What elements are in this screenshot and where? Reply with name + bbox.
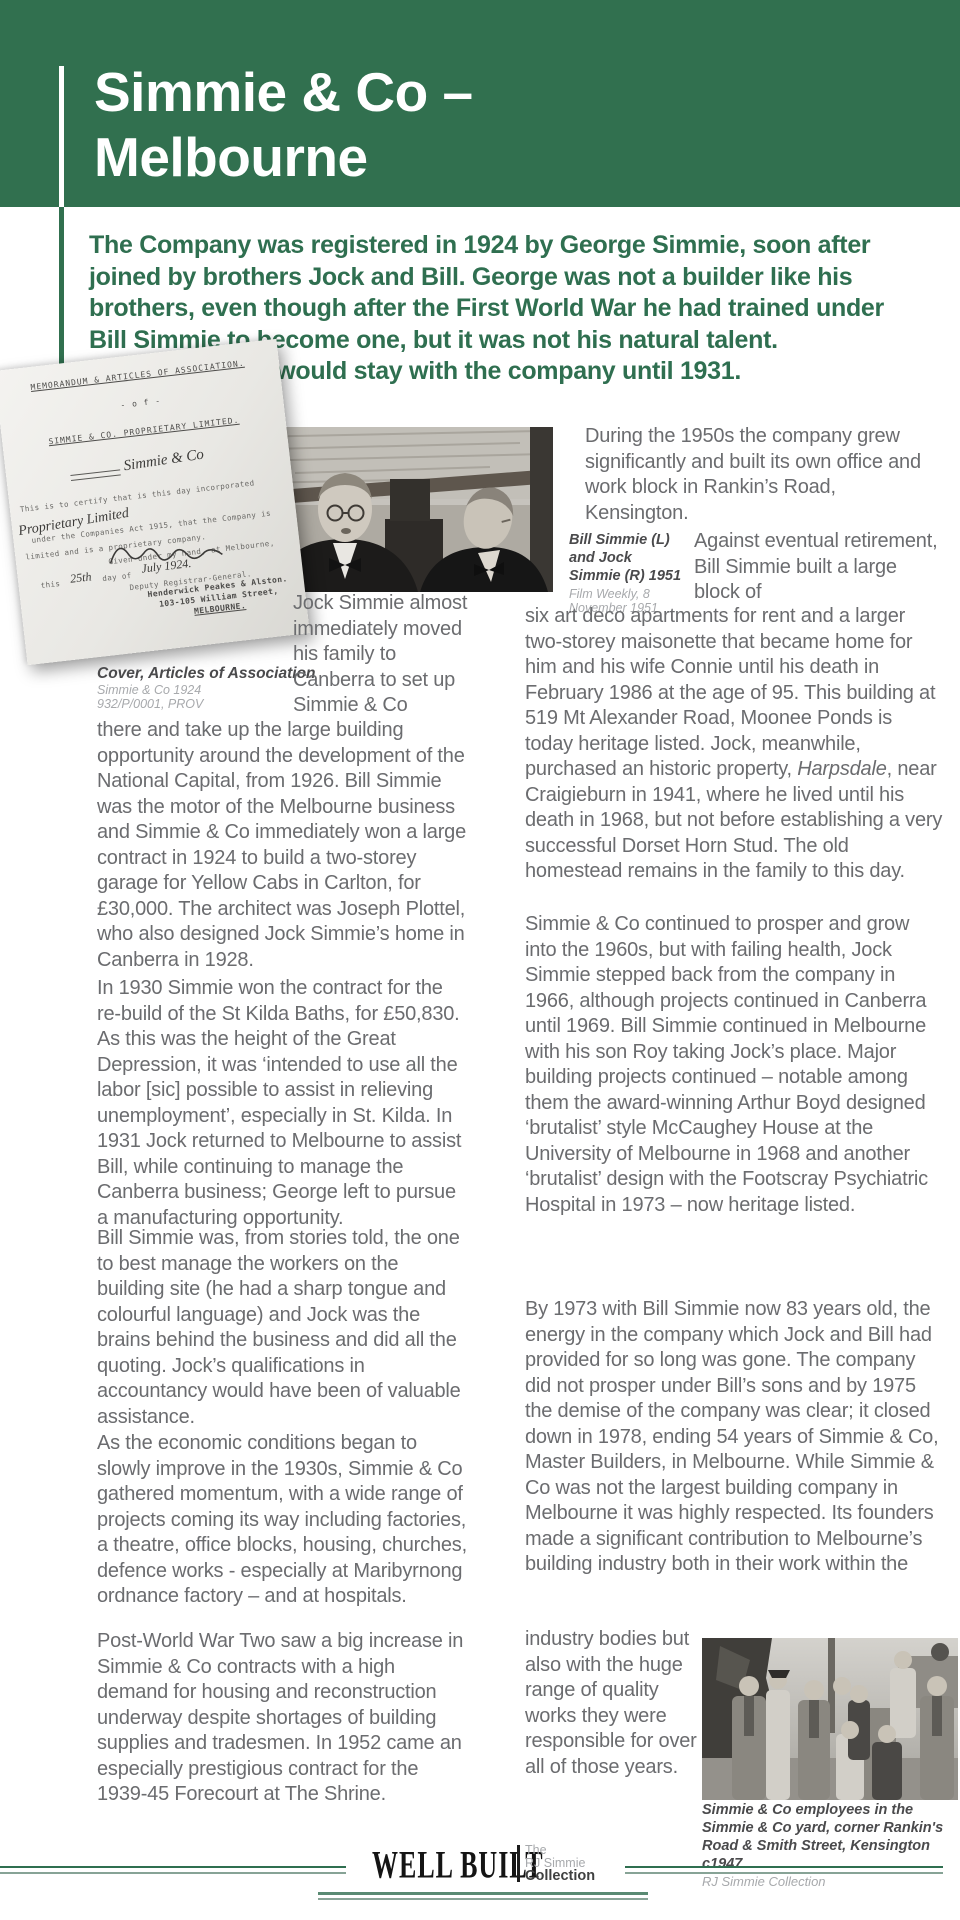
doc-handwritten-name: Simmie & Co: [123, 447, 205, 476]
photo-employees-caption-source: RJ Simmie Collection: [702, 1875, 960, 1889]
footer-collection-the: The: [525, 1844, 595, 1857]
footer-collection-word: Collection: [525, 1869, 595, 1884]
right-paragraph-against: Against eventual retirement, Bill Simmie…: [694, 529, 946, 606]
header-accent-bar: [59, 66, 64, 207]
document-typed-content: MEMORANDUM & ARTICLES OF ASSOCIATION. - …: [0, 339, 310, 665]
right-paragraph-3-narrow: industry bodies but also with the huge r…: [525, 1627, 703, 1780]
left-paragraph-2: In 1930 Simmie won the contract for the …: [97, 976, 467, 1231]
photo-bill-jock-caption: Bill Simmie (L) and Jock Simmie (R) 1951…: [569, 531, 683, 615]
photo-employees-yard: [702, 1638, 958, 1800]
footer-divider-bar: [517, 1845, 520, 1882]
doc-typed-dayof: day of: [102, 571, 132, 583]
right-paragraph-1: six art deco apartments for rent and a l…: [525, 604, 945, 885]
right-paragraph-1-part-a: six art deco apartments for rent and a l…: [525, 605, 935, 780]
right-paragraph-3-wide: By 1973 with Bill Simmie now 83 years ol…: [525, 1297, 945, 1578]
doc-typed-certify: This is to certify that is this day inco…: [19, 478, 254, 514]
poster-page: Simmie & Co – Melbourne The Company was …: [0, 0, 960, 1920]
left-paragraph-5: Post-World War Two saw a big increase in…: [97, 1629, 467, 1808]
doc-typed-this: this: [40, 579, 61, 590]
employees-photo-illustration: [702, 1638, 958, 1800]
right-paragraph-2: Simmie & Co continued to prosper and gro…: [525, 912, 945, 1218]
photo-employees-caption-title: Simmie & Co employees in the Simmie & Co…: [702, 1802, 943, 1872]
left-paragraph-4: As the economic conditions began to slow…: [97, 1431, 467, 1610]
right-paragraph-top: During the 1950s the company grew signif…: [585, 424, 942, 526]
page-title: Simmie & Co – Melbourne: [94, 60, 473, 190]
footer-rule-right: [625, 1866, 943, 1874]
left-paragraph-1-wide: there and take up the large building opp…: [97, 718, 467, 973]
footer-rule-bottom: [318, 1892, 648, 1900]
footer-collection-label: The RJ Simmie Collection: [525, 1844, 595, 1884]
left-paragraph-1-narrow: Jock Simmie almost immediately moved his…: [293, 591, 483, 719]
intro-accent-bar: [59, 207, 64, 379]
doc-handwritten-rule: [70, 469, 120, 481]
photo-bill-jock-caption-title: Bill Simmie (L) and Jock Simmie (R) 1951: [569, 532, 681, 584]
right-paragraph-1-harpsdale: Harpsdale: [797, 758, 886, 780]
doc-handwritten-day: 25th: [69, 569, 92, 586]
photo-employees-caption: Simmie & Co employees in the Simmie & Co…: [702, 1801, 960, 1889]
articles-of-association-scan: MEMORANDUM & ARTICLES OF ASSOCIATION. - …: [0, 339, 310, 665]
left-paragraph-3: Bill Simmie was, from stories told, the …: [97, 1226, 467, 1430]
footer-rule-left: [0, 1866, 346, 1874]
